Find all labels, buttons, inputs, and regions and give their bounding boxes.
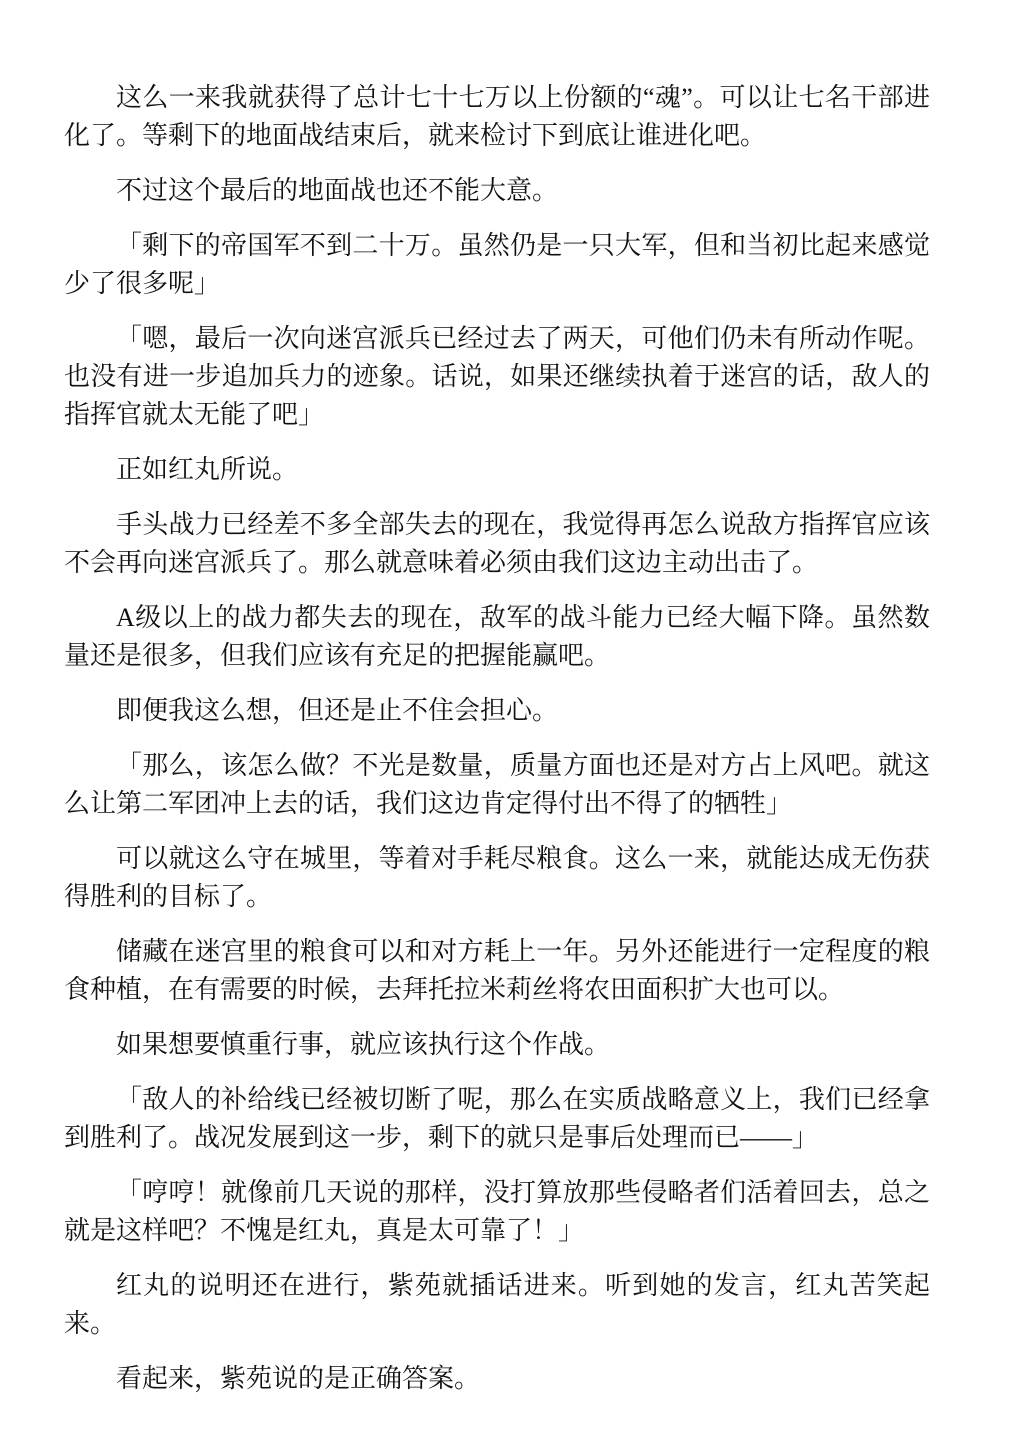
paragraph: 看起来，紫苑说的是正确答案。 — [64, 1360, 930, 1398]
paragraph: 「敌人的补给线已经被切断了呢，那么在实质战略意义上，我们已经拿到胜利了。战况发展… — [64, 1081, 930, 1157]
paragraph: 即便我这么想，但还是止不住会担心。 — [64, 692, 930, 730]
paragraph: 红丸的说明还在进行，紫苑就插话进来。听到她的发言，红丸苦笑起来。 — [64, 1267, 930, 1343]
paragraph: 「哼哼！就像前几天说的那样，没打算放那些侵略者们活着回去，总之就是这样吧？不愧是… — [64, 1174, 930, 1250]
paragraph: 「剩下的帝国军不到二十万。虽然仍是一只大军，但和当初比起来感觉少了很多呢」 — [64, 227, 930, 303]
paragraph: A级以上的战力都失去的现在，敌军的战斗能力已经大幅下降。虽然数量还是很多，但我们… — [64, 599, 930, 675]
paragraph: 正如红丸所说。 — [64, 451, 930, 489]
paragraph: 不过这个最后的地面战也还不能大意。 — [64, 172, 930, 210]
paragraph: 「嗯，最后一次向迷宫派兵已经过去了两天，可他们仍未有所动作呢。也没有进一步追加兵… — [64, 320, 930, 434]
document-page: 这么一来我就获得了总计七十七万以上份额的“魂”。可以让七名干部进化了。等剩下的地… — [0, 0, 1017, 1437]
paragraph: 「那么，该怎么做？不光是数量，质量方面也还是对方占上风吧。就这么让第二军团冲上去… — [64, 747, 930, 823]
paragraph: 这么一来我就获得了总计七十七万以上份额的“魂”。可以让七名干部进化了。等剩下的地… — [64, 79, 930, 155]
text-block: 这么一来我就获得了总计七十七万以上份额的“魂”。可以让七名干部进化了。等剩下的地… — [64, 79, 930, 1415]
paragraph: 如果想要慎重行事，就应该执行这个作战。 — [64, 1026, 930, 1064]
paragraph: 可以就这么守在城里，等着对手耗尽粮食。这么一来，就能达成无伤获得胜利的目标了。 — [64, 840, 930, 916]
paragraph: 手头战力已经差不多全部失去的现在，我觉得再怎么说敌方指挥官应该不会再向迷宫派兵了… — [64, 506, 930, 582]
paragraph: 储藏在迷宫里的粮食可以和对方耗上一年。另外还能进行一定程度的粮食种植，在有需要的… — [64, 933, 930, 1009]
